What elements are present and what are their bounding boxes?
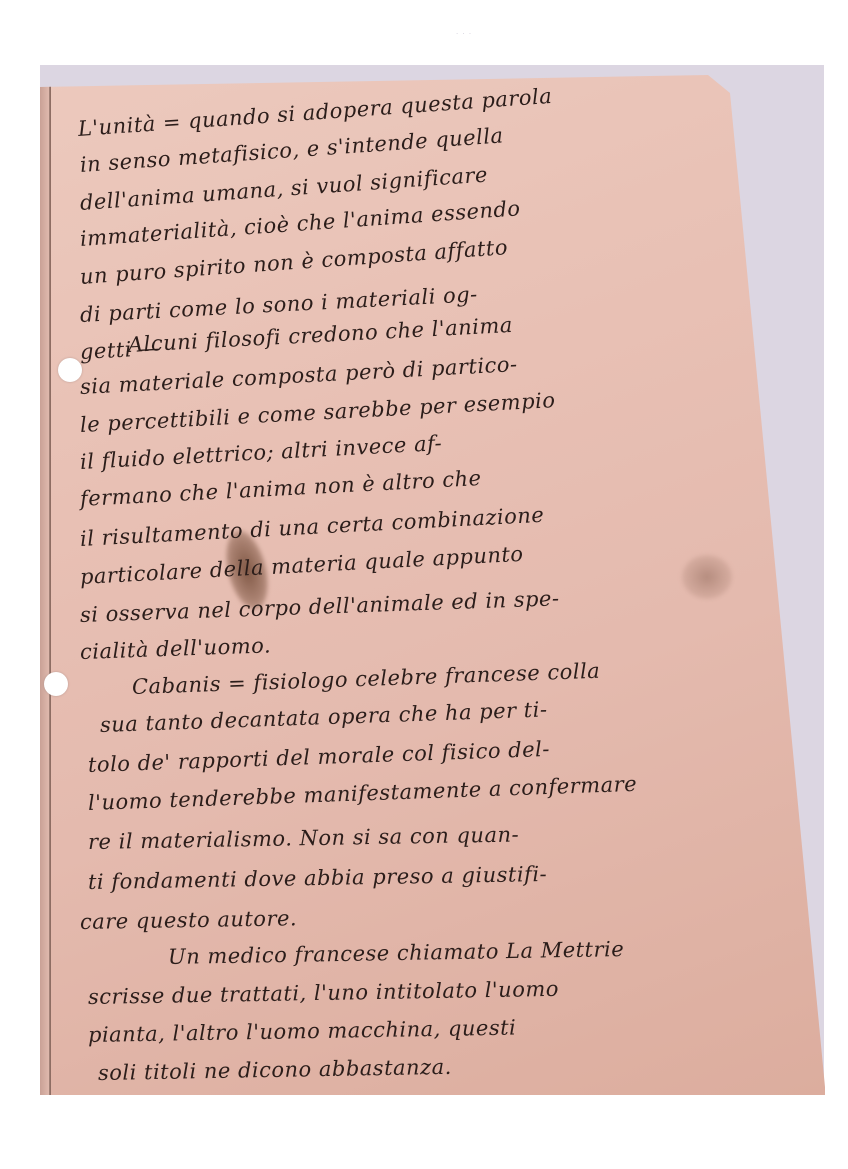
manuscript-line: l'uomo tenderebbe manifestamente a confe… [88, 772, 638, 815]
punch-hole-bottom [44, 672, 68, 696]
manuscript-line: Un medico francese chiamato La Mettrie [168, 937, 625, 969]
manuscript-line: Cabanis = fisiologo celebre francese col… [132, 659, 601, 699]
manuscript-line: fermano che l'anima non è altro che [79, 466, 482, 511]
manuscript-line: soli titoli ne dicono abbastanza. [98, 1055, 452, 1085]
manuscript-line: re il materialismo. Non si sa con quan- [88, 822, 520, 854]
binding-line [49, 75, 51, 1095]
manuscript-line: scrisse due trattati, l'uno intitolato l… [88, 977, 559, 1009]
manuscript-line: autore di un'ope- [612, 1132, 802, 1159]
manuscript-line: Il Barone d'Holbach filosofo francese [140, 1092, 554, 1123]
manuscript-line: si osserva nel corpo dell'animale ed in … [80, 586, 560, 627]
water-stain [682, 555, 732, 599]
manuscript-line: le percettibili e come sarebbe per esemp… [79, 388, 556, 437]
manuscript-line: tolo de' rapporti del morale col fisico … [88, 737, 551, 777]
punch-hole-top [58, 358, 82, 382]
scan-mark: · · · [456, 30, 472, 38]
manuscript-line: cialità dell'uomo. [80, 633, 272, 664]
manuscript-line: ti fondamenti dove abbia preso a giustif… [88, 862, 548, 894]
manuscript-page: L'unità = quando si adopera questa parol… [40, 75, 830, 1095]
manuscript-line: particolare della materia quale appunto [79, 542, 524, 589]
manuscript-line: il fluido elettrico; altri invece af- [79, 431, 442, 474]
manuscript-line: pianta, l'altro l'uomo macchina, questi [88, 1016, 517, 1047]
manuscript-line: care questo autore. [80, 906, 298, 934]
manuscript-line: sua tanto decantata opera che ha per ti- [100, 697, 548, 737]
